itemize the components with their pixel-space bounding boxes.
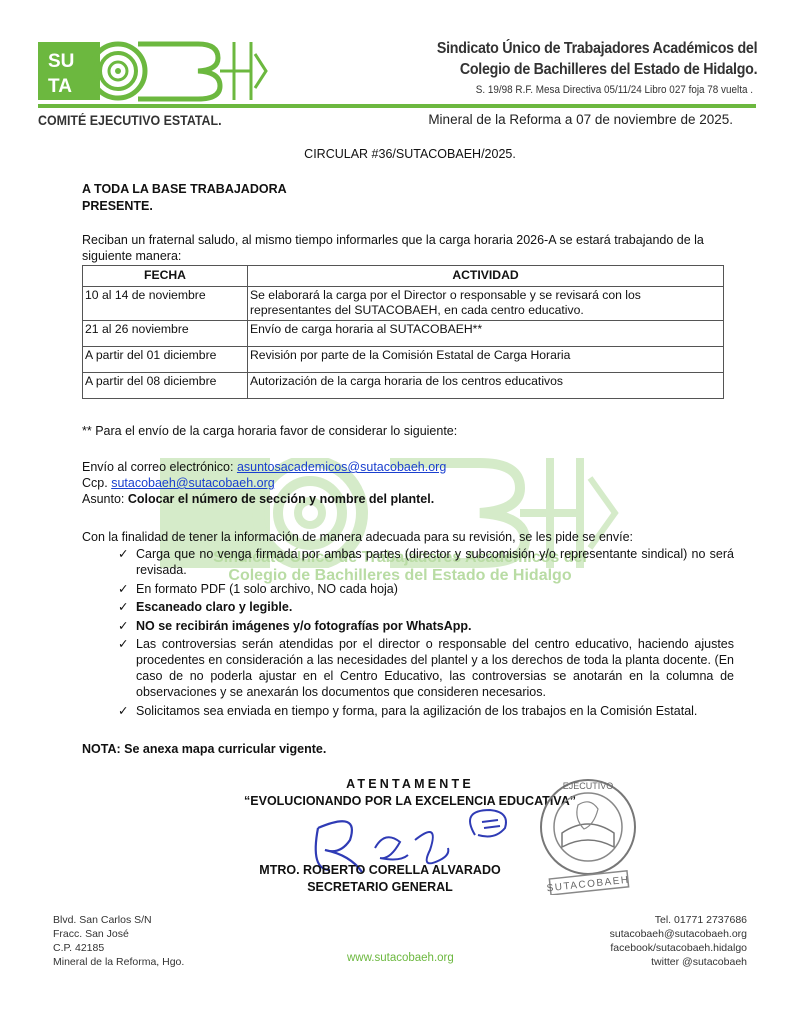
circular-id: CIRCULAR #36/SUTACOBAEH/2025. [0, 147, 791, 161]
closing: ATENTAMENTE [0, 777, 791, 791]
list-item: ✓Las controversias serán atendidas por e… [118, 636, 734, 700]
check-icon: ✓ [118, 599, 128, 615]
signer: MTRO. ROBERTO CORELLA ALVARADO SECRETARI… [0, 862, 760, 896]
registration-info: S. 19/98 R.F. Mesa Directiva 05/11/24 Li… [476, 84, 753, 96]
check-icon: ✓ [118, 546, 128, 562]
requirements-intro: Con la finalidad de tener la información… [82, 530, 633, 544]
signer-name: MTRO. ROBERTO CORELLA ALVARADO [0, 862, 760, 879]
signer-title: SECRETARIO GENERAL [0, 879, 760, 896]
footer-facebook[interactable]: facebook/sutacobaeh.hidalgo [610, 941, 747, 955]
footer-contact: Tel. 01771 2737686 sutacobaeh@sutacobaeh… [610, 913, 747, 969]
list-item: ✓En formato PDF (1 solo archivo, NO cada… [118, 581, 734, 597]
footnote: ** Para el envío de la carga horaria fav… [82, 424, 457, 438]
note: NOTA: Se anexa mapa curricular vigente. [82, 742, 326, 756]
check-icon: ✓ [118, 703, 128, 719]
svg-text:SU: SU [48, 51, 74, 72]
table-row: 10 al 14 de noviembre Se elaborará la ca… [83, 286, 724, 320]
footer-twitter[interactable]: twitter @sutacobaeh [610, 955, 747, 969]
intro-paragraph: Reciban un fraternal saludo, al mismo ti… [82, 232, 732, 264]
footer-website-link[interactable]: www.sutacobaeh.org [347, 952, 454, 964]
addressee: A TODA LA BASE TRABAJADORA PRESENTE. [82, 181, 287, 215]
list-item: ✓NO se recibirán imágenes y/o fotografía… [118, 618, 734, 634]
email-main-link[interactable]: asuntosacademicos@sutacobaeh.org [237, 460, 446, 474]
header-divider [38, 104, 756, 108]
check-icon: ✓ [118, 618, 128, 634]
list-item: ✓Carga que no venga firmada por ambas pa… [118, 546, 734, 578]
table-row: 21 al 26 noviembre Envío de carga horari… [83, 320, 724, 346]
footer-phone: Tel. 01771 2737686 [610, 913, 747, 927]
list-item: ✓Escaneado claro y legible. [118, 599, 734, 615]
table-row: A partir del 08 diciembre Autorización d… [83, 372, 724, 398]
table-row: A partir del 01 diciembre Revisión por p… [83, 346, 724, 372]
check-icon: ✓ [118, 581, 128, 597]
committee-label: COMITÉ EJECUTIVO ESTATAL. [38, 113, 222, 128]
svg-text:EJECUTIVO: EJECUTIVO [563, 781, 614, 791]
org-name: Sindicato Único de Trabajadores Académic… [437, 38, 757, 80]
svg-text:TA: TA [48, 76, 72, 97]
email-ccp-link[interactable]: sutacobaeh@sutacobaeh.org [111, 476, 275, 490]
footer-address: Blvd. San Carlos S/N Fracc. San José C.P… [53, 913, 184, 969]
schedule-table: FECHA ACTIVIDAD 10 al 14 de noviembre Se… [82, 265, 724, 399]
column-header-fecha: FECHA [83, 266, 248, 287]
email-instructions: Envío al correo electrónico: asuntosacad… [82, 459, 446, 507]
requirements-list: ✓Carga que no venga firmada por ambas pa… [118, 546, 734, 721]
footer-email[interactable]: sutacobaeh@sutacobaeh.org [610, 927, 747, 941]
list-item: ✓Solicitamos sea enviada en tiempo y for… [118, 703, 734, 719]
check-icon: ✓ [118, 636, 128, 652]
sutacobaeh-logo: SU TA [38, 40, 268, 102]
column-header-actividad: ACTIVIDAD [248, 266, 724, 287]
place-date: Mineral de la Reforma a 07 de noviembre … [428, 112, 733, 127]
